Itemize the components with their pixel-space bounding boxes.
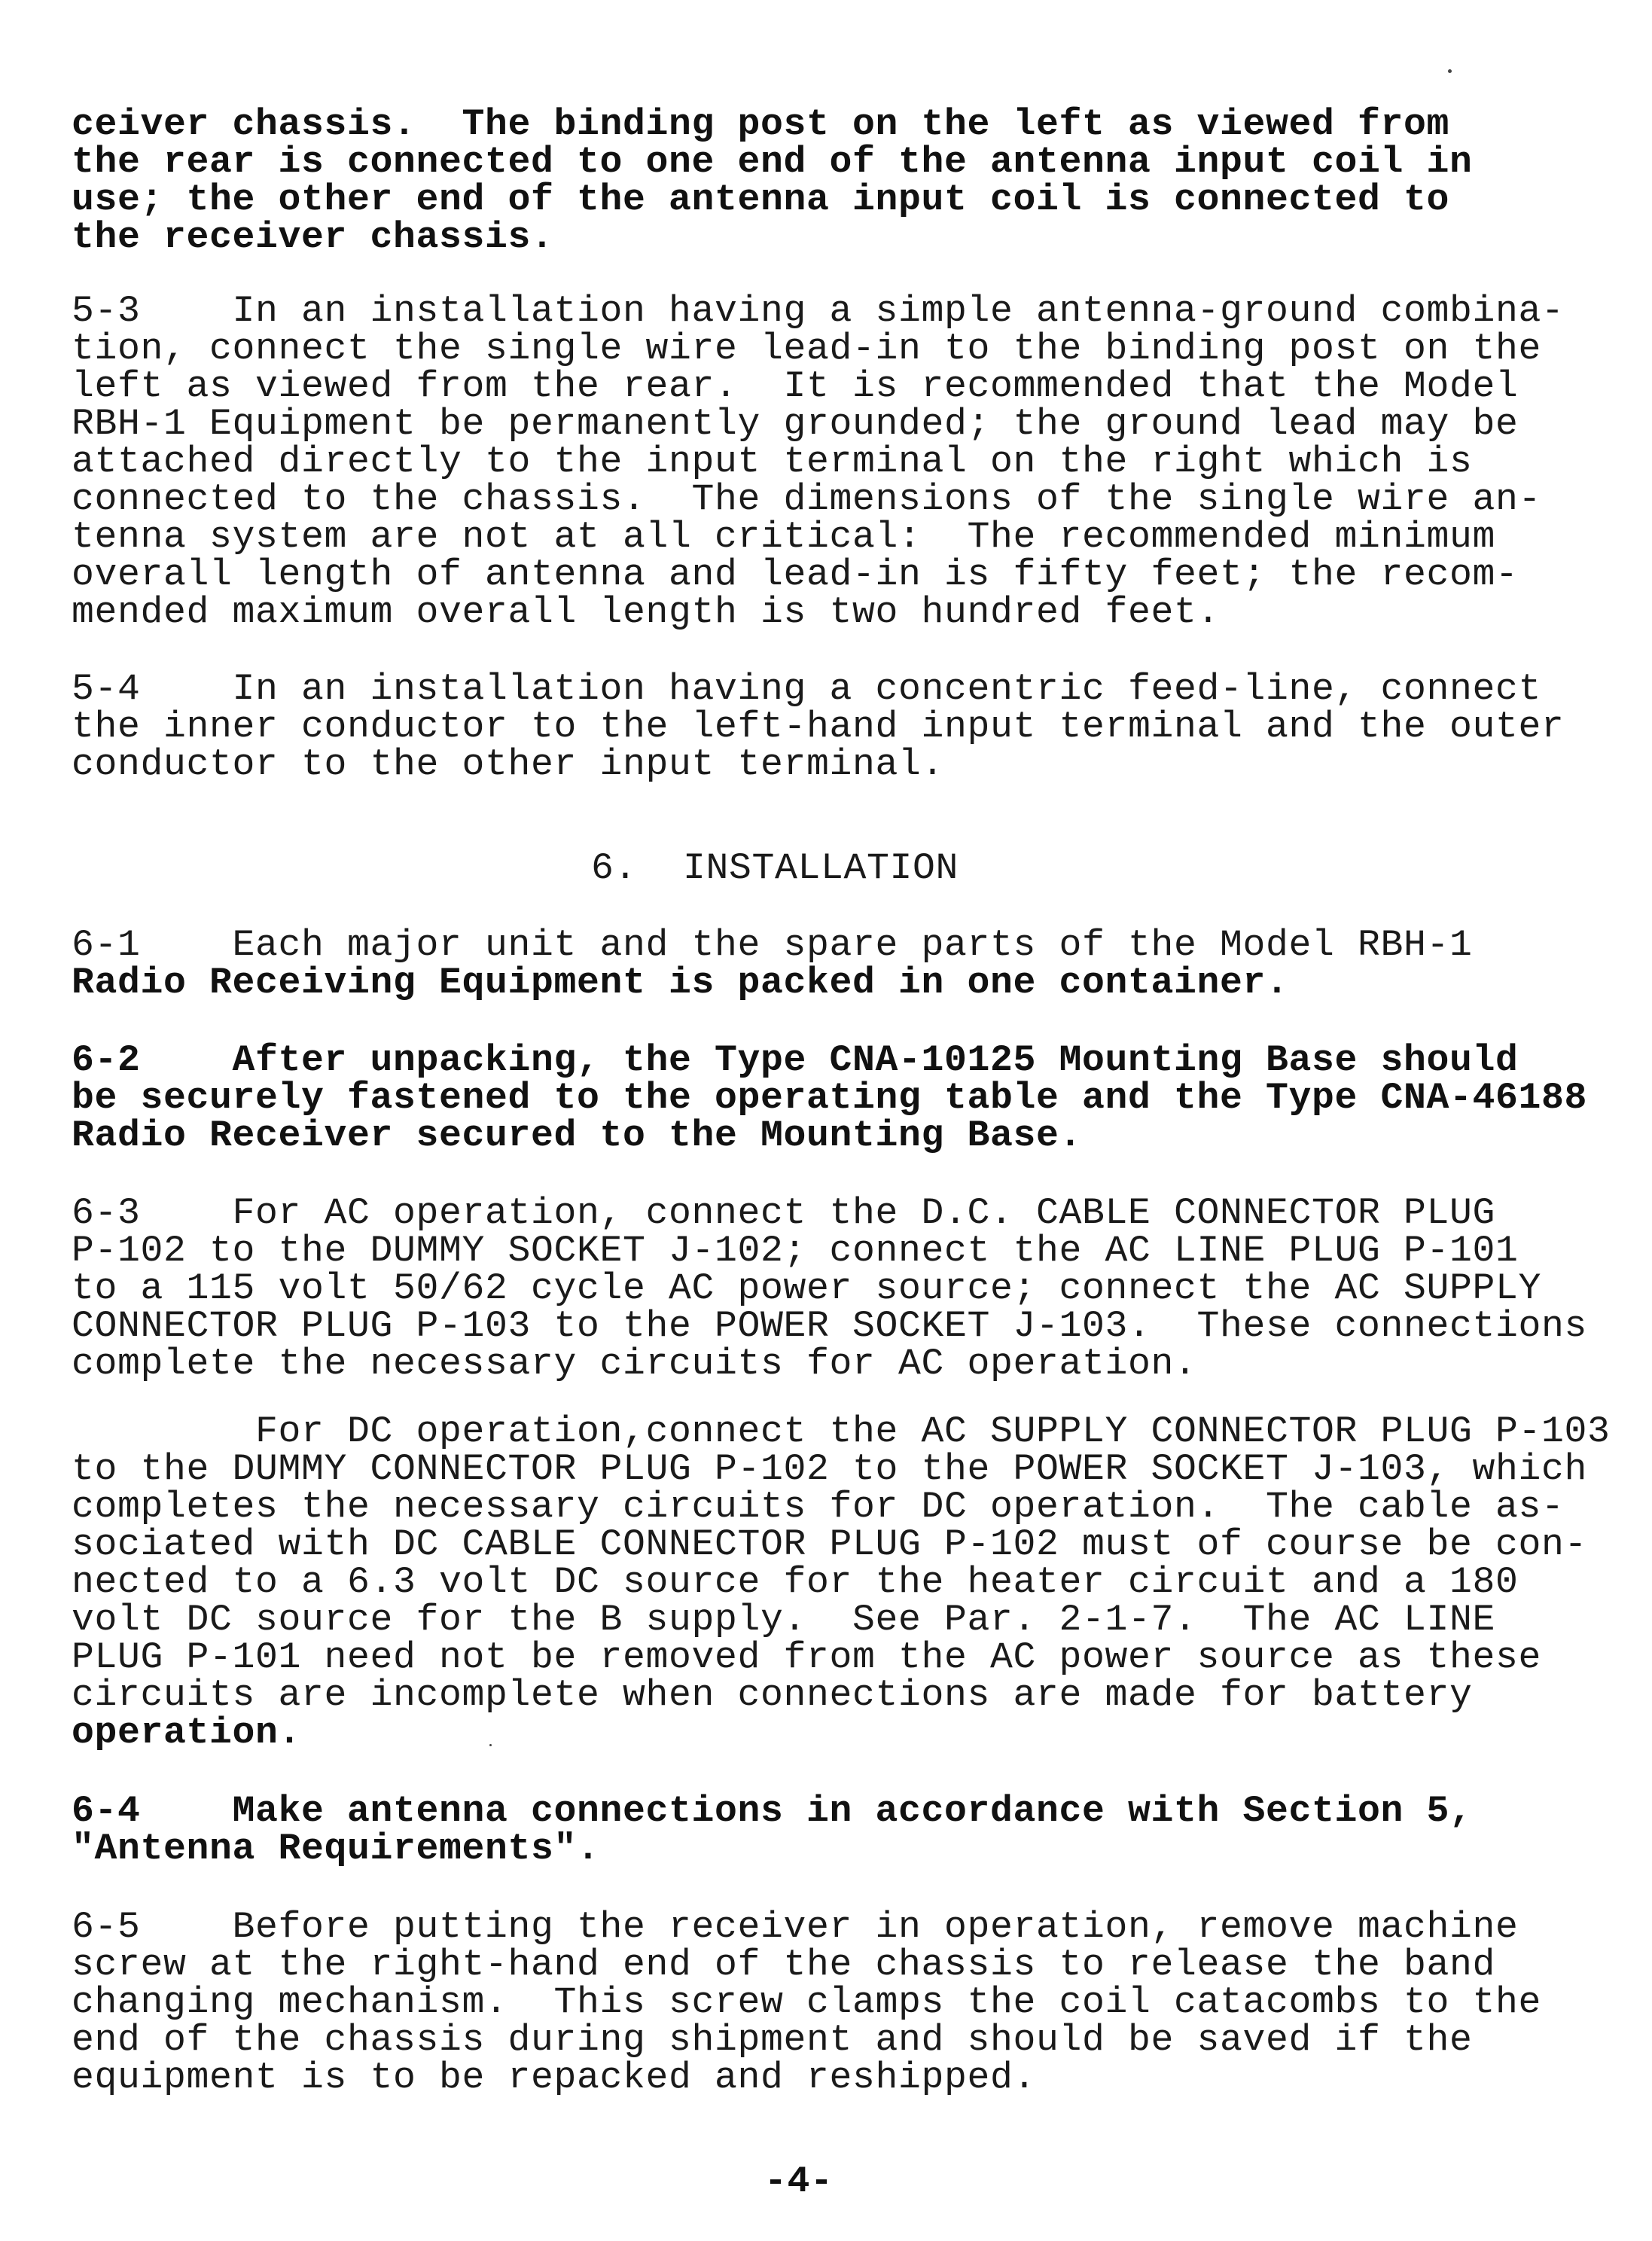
text-line: to a 115 volt 50/62 cycle AC power sourc… xyxy=(72,1270,1541,1307)
page-number: -4- xyxy=(764,2163,834,2200)
text-line: connected to the chassis. The dimensions… xyxy=(72,480,1541,518)
text-line: completes the necessary circuits for DC … xyxy=(72,1488,1564,1526)
text-line: sociated with DC CABLE CONNECTOR PLUG P-… xyxy=(72,1526,1587,1563)
text-line: operation. xyxy=(72,1714,301,1752)
text-line: RBH-1 Equipment be permanently grounded;… xyxy=(72,405,1519,443)
text-line: changing mechanism. This screw clamps th… xyxy=(72,1983,1541,2021)
text-line: 6-4 Make antenna connections in accordan… xyxy=(72,1792,1472,1830)
text-line: end of the chassis during shipment and s… xyxy=(72,2021,1472,2059)
text-line: 6-3 For AC operation, connect the D.C. C… xyxy=(72,1194,1495,1232)
text-line: 6-5 Before putting the receiver in opera… xyxy=(72,1908,1519,1946)
text-line: the inner conductor to the left-hand inp… xyxy=(72,708,1564,745)
text-line: PLUG P-101 need not be removed from the … xyxy=(72,1639,1541,1676)
text-line: complete the necessary circuits for AC o… xyxy=(72,1345,1196,1383)
text-line: the receiver chassis. xyxy=(72,218,554,256)
text-line: ceiver chassis. The binding post on the … xyxy=(72,105,1449,143)
text-line: conductor to the other input terminal. xyxy=(72,745,944,783)
text-line: Radio Receiver secured to the Mounting B… xyxy=(72,1117,1082,1154)
text-line: tion, connect the single wire lead-in to… xyxy=(72,330,1541,367)
text-line: 6-1 Each major unit and the spare parts … xyxy=(72,926,1472,964)
text-line: "Antenna Requirements". xyxy=(72,1830,600,1867)
text-line: Radio Receiving Equipment is packed in o… xyxy=(72,964,1289,1002)
text-line: tenna system are not at all critical: Th… xyxy=(72,518,1495,556)
section-heading: 6. INSTALLATION xyxy=(591,849,959,887)
text-line: screw at the right-hand end of the chass… xyxy=(72,1946,1495,1983)
text-line: 5-3 In an installation having a simple a… xyxy=(72,292,1564,330)
text-line: use; the other end of the antenna input … xyxy=(72,181,1449,218)
text-line: the rear is connected to one end of the … xyxy=(72,143,1472,181)
text-line: overall length of antenna and lead-in is… xyxy=(72,556,1519,593)
scan-speck xyxy=(489,1744,492,1746)
text-line: 5-4 In an installation having a concentr… xyxy=(72,670,1541,708)
text-line: volt DC source for the B supply. See Par… xyxy=(72,1601,1495,1639)
text-line: left as viewed from the rear. It is reco… xyxy=(72,367,1519,405)
text-line: attached directly to the input terminal … xyxy=(72,443,1472,480)
text-line: For DC operation,connect the AC SUPPLY C… xyxy=(72,1413,1610,1450)
text-line: nected to a 6.3 volt DC source for the h… xyxy=(72,1563,1519,1601)
text-line: to the DUMMY CONNECTOR PLUG P-102 to the… xyxy=(72,1450,1587,1488)
document-page: ceiver chassis. The binding post on the … xyxy=(0,0,1652,2241)
text-line: mended maximum overall length is two hun… xyxy=(72,593,1220,631)
text-line: 6-2 After unpacking, the Type CNA-10125 … xyxy=(72,1041,1519,1079)
text-line: P-102 to the DUMMY SOCKET J-102; connect… xyxy=(72,1232,1519,1270)
text-line: be securely fastened to the operating ta… xyxy=(72,1079,1587,1117)
scan-speck xyxy=(1448,69,1452,73)
text-line: equipment is to be repacked and reshippe… xyxy=(72,2059,1036,2096)
text-line: CONNECTOR PLUG P-103 to the POWER SOCKET… xyxy=(72,1307,1587,1345)
text-line: circuits are incomplete when connections… xyxy=(72,1676,1472,1714)
